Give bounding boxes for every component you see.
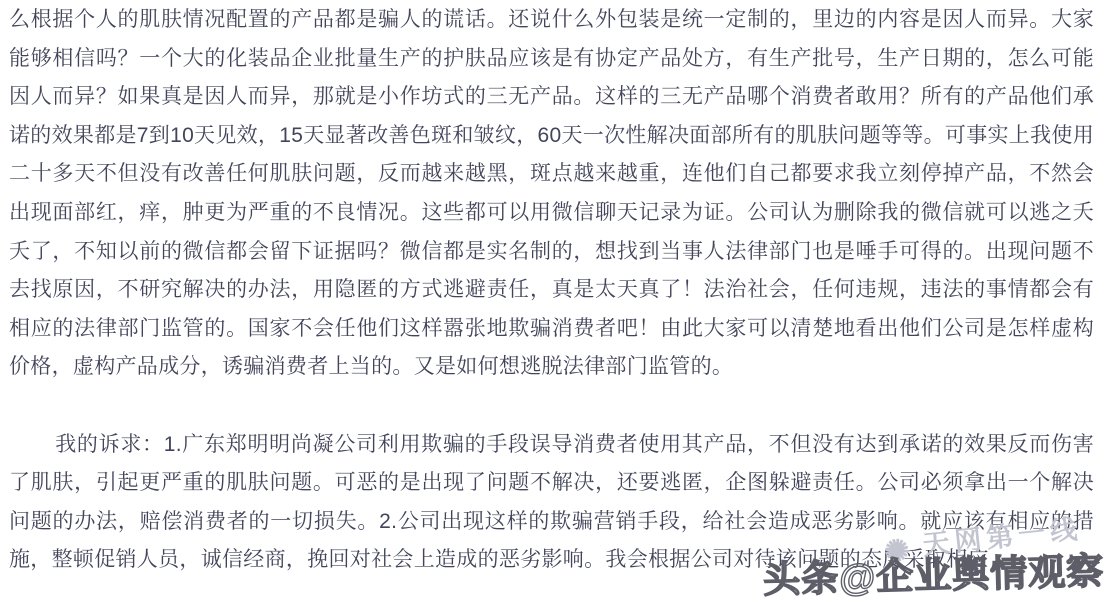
paragraph-2: 我的诉求：1.广东郑明明尚凝公司利用欺骗的手段误导消费者使用其产品，不但没有达到… bbox=[9, 426, 1094, 580]
article-body: 么根据个人的肌肤情况配置的产品都是骗人的谎话。还说什么外包装是统一定制的，里边的… bbox=[0, 0, 1108, 580]
paragraph-1: 么根据个人的肌肤情况配置的产品都是骗人的谎话。还说什么外包装是统一定制的，里边的… bbox=[9, 1, 1094, 387]
article-page: 么根据个人的肌肤情况配置的产品都是骗人的谎话。还说什么外包装是统一定制的，里边的… bbox=[0, 0, 1108, 602]
